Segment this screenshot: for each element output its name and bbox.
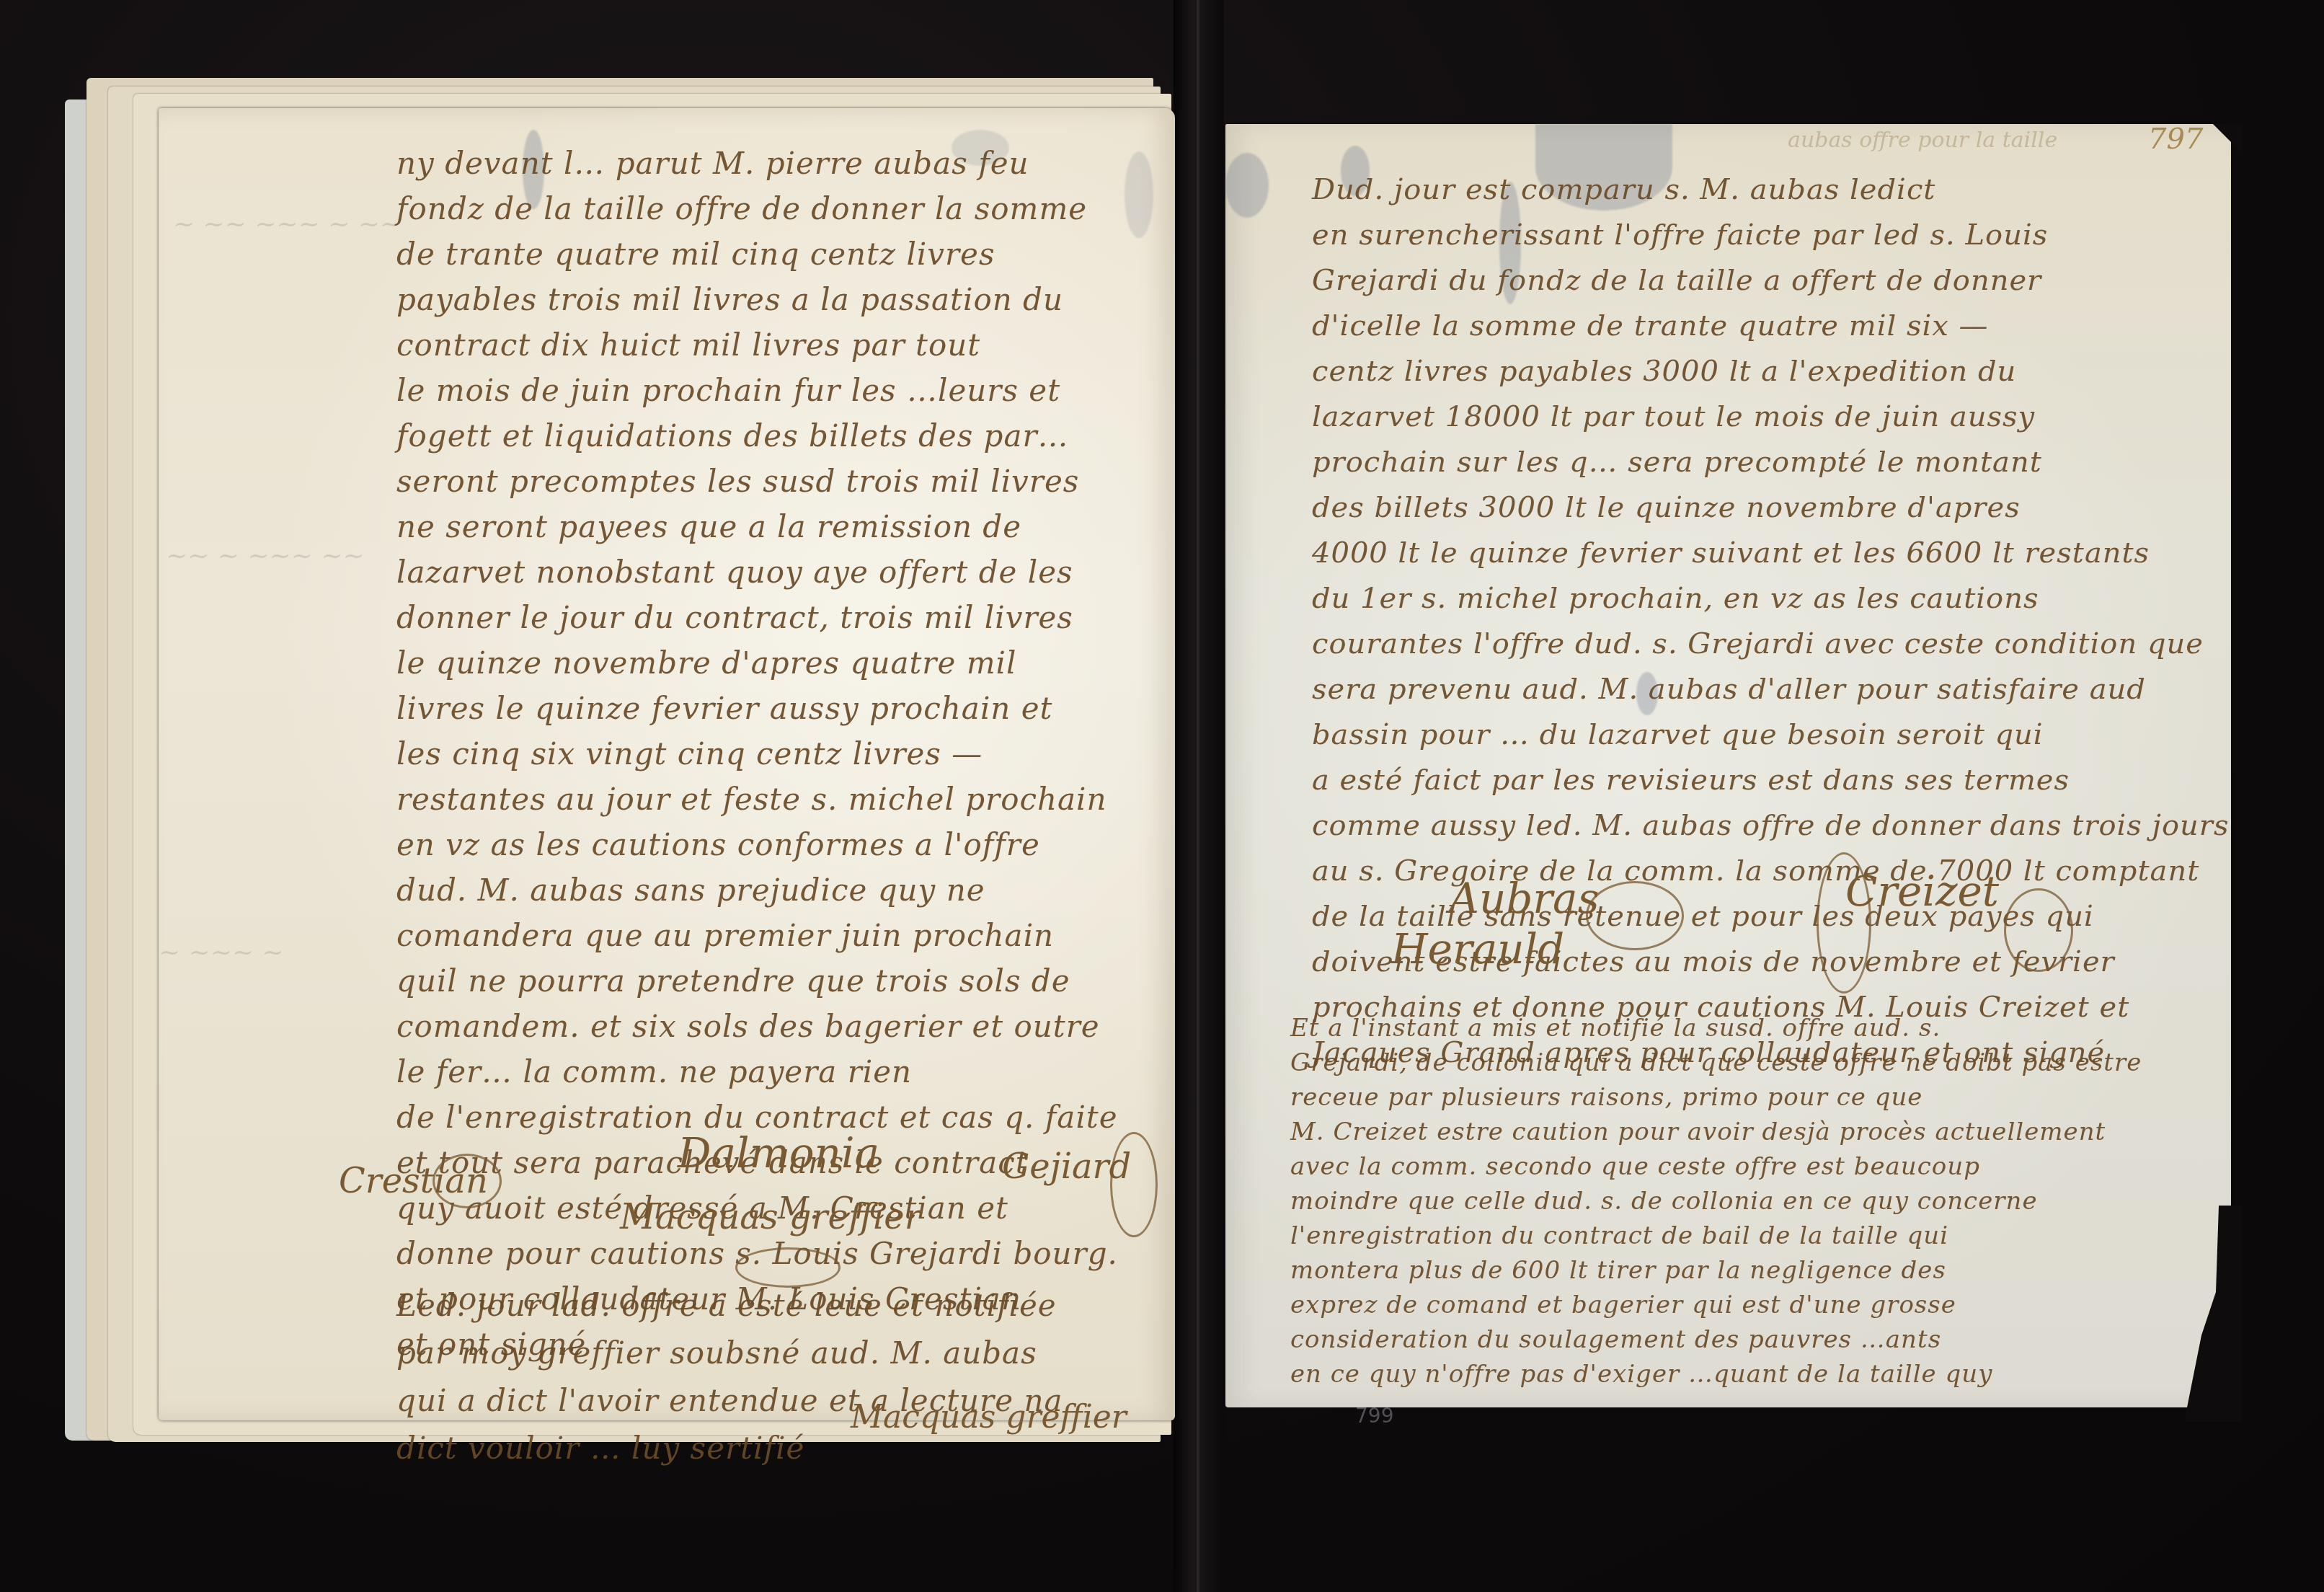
- text-line: l'enregistration du contract de bail de …: [1290, 1219, 2142, 1253]
- text-line: receue par plusieurs raisons, primo pour…: [1290, 1080, 2142, 1115]
- text-line: livres le quinze fevrier aussy prochain …: [396, 686, 1118, 731]
- signature-loop: [1817, 852, 1871, 994]
- text-line: le fer… la comm. ne payera rien: [396, 1049, 1118, 1094]
- text-line: avec la comm. secondo que ceste offre es…: [1290, 1149, 2142, 1184]
- text-line: fondz de la taille offre de donner la so…: [396, 186, 1118, 231]
- text-line: ny devant l… parut M. pierre aubas feu: [396, 141, 1118, 186]
- text-line: a esté faict par les revisieurs est dans…: [1312, 758, 2229, 803]
- text-line: prochain sur les q… sera precompté le mo…: [1312, 440, 2229, 485]
- text-line: courantes l'offre dud. s. Grejardi avec …: [1312, 622, 2229, 667]
- text-line: fogett et liquidations des billets des p…: [396, 413, 1118, 459]
- torn-page-edge: [2184, 1206, 2242, 1422]
- text-line: quil ne pourra pretendre que trois sols …: [396, 958, 1118, 1004]
- text-line: seront precomptes les susd trois mil liv…: [396, 459, 1118, 504]
- text-line: centz livres payables 3000 lt a l'expedi…: [1312, 349, 2229, 394]
- folio-number: 797: [2148, 123, 2203, 156]
- text-line: payables trois mil livres a la passation…: [396, 277, 1118, 322]
- text-line: 4000 lt le quinze fevrier suivant et les…: [1312, 531, 2229, 576]
- text-line: par moy greffier soubsné aud. M. aubas: [396, 1330, 1063, 1377]
- text-line: les cinq six vingt cinq centz livres —: [396, 731, 1118, 777]
- text-line: ne seront payees que a la remission de: [396, 504, 1118, 549]
- scan-background: ~ ~~ ~~~ ~ ~~ ~~ ~ ~~~ ~~ ~ ~~~ ~ ny dev…: [0, 0, 2324, 1592]
- signature-paraph: [1110, 1132, 1158, 1237]
- ink-bleed-through: ~ ~~~ ~: [159, 937, 284, 967]
- text-line: du 1er s. michel prochain, en vz as les …: [1312, 576, 2229, 622]
- water-stain: [1225, 153, 1269, 218]
- right-page-notice-text: Et a l'instant a mis et notifié la susd.…: [1290, 1011, 2142, 1392]
- ink-bleed-through: ~ ~~ ~~~ ~ ~~: [173, 209, 402, 239]
- text-line: exprez de comand et bagerier qui est d'u…: [1290, 1288, 2142, 1322]
- text-line: en vz as les cautions conformes a l'offr…: [396, 822, 1118, 867]
- text-line: en ce quy n'offre pas d'exiger …quant de…: [1290, 1357, 2142, 1392]
- text-line: Grejardi du fondz de la taille a offert …: [1312, 258, 2229, 304]
- water-stain: [1125, 151, 1153, 238]
- text-line: le quinze novembre d'apres quatre mil: [396, 640, 1118, 686]
- left-page-notice-text: Led. jour lad. offre a esté leue et noti…: [396, 1282, 1063, 1472]
- text-line: M. Creizet estre caution pour avoir desj…: [1290, 1115, 2142, 1149]
- signature-loop: [2004, 888, 2073, 972]
- right-page: aubas offre pour la taille 797 Dud. jour…: [1225, 124, 2231, 1407]
- text-line: lazarvet 18000 lt par tout le mois de ju…: [1312, 394, 2229, 440]
- pencil-page-number: 799: [1355, 1404, 1393, 1428]
- text-line: Et a l'instant a mis et notifié la susd.…: [1290, 1011, 2142, 1045]
- ink-bleed-through: ~~ ~ ~~~ ~~: [166, 541, 365, 570]
- text-line: contract dix huict mil livres par tout: [396, 322, 1118, 368]
- faded-header-note: aubas offre pour la taille: [1788, 128, 2057, 153]
- signature-dalmonia: Dalmonia: [678, 1128, 879, 1177]
- text-line: le mois de juin prochain fur les …leurs …: [396, 368, 1118, 413]
- text-line: comme aussy led. M. aubas offre de donne…: [1312, 803, 2229, 849]
- text-line: comandera que au premier juin prochain: [396, 913, 1118, 958]
- text-line: donner le jour du contract, trois mil li…: [396, 595, 1118, 640]
- text-line: en surencherissant l'offre faicte par le…: [1312, 213, 2229, 258]
- text-line: moindre que celle dud. s. de collonia en…: [1290, 1184, 2142, 1219]
- text-line: montera plus de 600 lt tirer par la negl…: [1290, 1253, 2142, 1288]
- signature-macquas-greffier: Macquas greffier: [620, 1197, 921, 1237]
- signature-paraph: [433, 1154, 502, 1208]
- text-line: d'icelle la somme de trante quatre mil s…: [1312, 304, 2229, 349]
- text-line: Led. jour lad. offre a esté leue et noti…: [396, 1282, 1063, 1330]
- text-line: Dud. jour est comparu s. M. aubas ledict: [1312, 167, 2229, 213]
- closing-signature-greffier: Macquas greffier: [851, 1399, 1127, 1436]
- text-line: de trante quatre mil cinq centz livres: [396, 231, 1118, 277]
- text-line: Grejardi, de collonia qui a dict que ces…: [1290, 1045, 2142, 1080]
- text-line: consideration du soulagement des pauvres…: [1290, 1322, 2142, 1357]
- text-line: lazarvet nonobstant quoy aye offert de l…: [396, 549, 1118, 595]
- signature-aubras: Aubras: [1449, 874, 1599, 923]
- left-page: ~ ~~ ~~~ ~ ~~ ~~ ~ ~~~ ~~ ~ ~~~ ~ ny dev…: [159, 108, 1175, 1420]
- text-line: restantes au jour et feste s. michel pro…: [396, 777, 1118, 822]
- signature-paraph: [1586, 881, 1684, 950]
- signature-herauld: Herauld: [1391, 924, 1564, 973]
- text-line: sera prevenu aud. M. aubas d'aller pour …: [1312, 667, 2229, 712]
- text-line: des billets 3000 lt le quinze novembre d…: [1312, 485, 2229, 531]
- spine-fold-line: [1197, 0, 1199, 1592]
- text-line: bassin pour … du lazarvet que besoin ser…: [1312, 712, 2229, 758]
- text-line: dud. M. aubas sans prejudice quy ne: [396, 867, 1118, 913]
- torn-page-corner: [2213, 124, 2242, 153]
- text-line: comandem. et six sols des bagerier et ou…: [396, 1004, 1118, 1049]
